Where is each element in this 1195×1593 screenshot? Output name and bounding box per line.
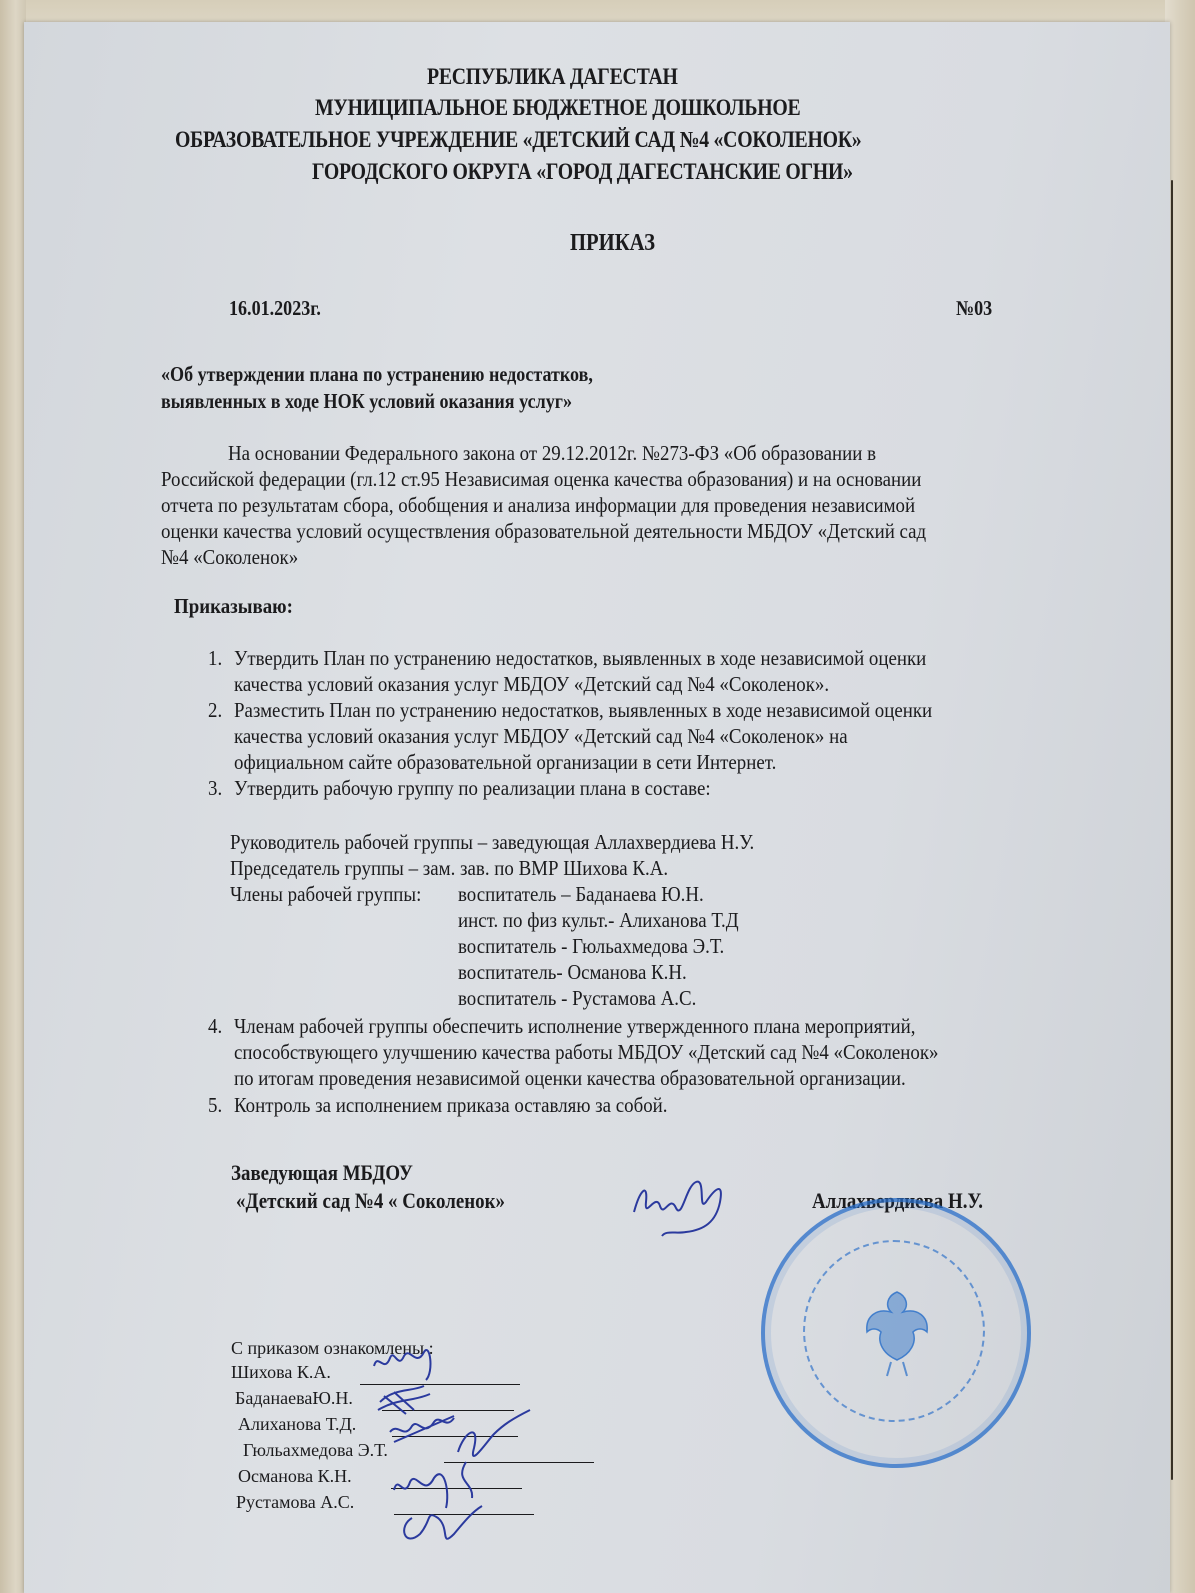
item-5-number: 5. — [208, 1093, 222, 1118]
wall-crack — [1171, 180, 1173, 1480]
director-signature-icon — [626, 1172, 736, 1242]
preamble-line-5: №4 «Соколенок» — [161, 545, 298, 570]
working-group-member-1: воспитатель – Баданаева Ю.Н. — [458, 882, 704, 907]
preamble-line-2: Российской федерации (гл.12 ст.95 Незави… — [161, 467, 921, 492]
item-2-line-1: Разместить План по устранению недостатко… — [234, 698, 932, 723]
stamp-inner-ring — [803, 1240, 985, 1422]
header-line-1: РЕСПУБЛИКА ДАГЕСТАН — [427, 64, 678, 90]
item-4-line-3: по итогам проведения независимой оценки … — [234, 1066, 906, 1091]
preamble-line-4: оценки качества условий осуществления об… — [161, 519, 926, 544]
header-line-3: ОБРАЗОВАТЕЛЬНОЕ УЧРЕЖДЕНИЕ «ДЕТСКИЙ САД … — [175, 127, 861, 153]
order-subject-line-1: «Об утверждении плана по устранению недо… — [161, 362, 593, 387]
working-group-members-label: Члены рабочей группы: — [230, 882, 421, 907]
ack-name-2: БаданаеваЮ.Н. — [235, 1388, 353, 1409]
working-group-chair: Председатель группы – зам. зав. по ВМР Ш… — [230, 856, 668, 881]
item-5-line-1: Контроль за исполнением приказа оставляю… — [234, 1093, 667, 1118]
item-3-number: 3. — [208, 776, 222, 801]
item-4-number: 4. — [208, 1014, 222, 1039]
item-2-number: 2. — [208, 698, 222, 723]
header-line-4: ГОРОДСКОГО ОКРУГА «ГОРОД ДАГЕСТАНСКИЕ ОГ… — [312, 159, 853, 185]
official-stamp — [761, 1198, 1031, 1468]
item-1-line-1: Утвердить План по устранению недостатков… — [234, 646, 926, 671]
ack-name-1: Шихова К.А. — [231, 1362, 331, 1383]
working-group-member-4: воспитатель- Османова К.Н. — [458, 960, 687, 985]
item-2-line-3: официальном сайте образовательной органи… — [234, 750, 776, 775]
preamble-line-1: На основании Федерального закона от 29.1… — [228, 441, 876, 466]
ack-name-5: Османова К.Н. — [238, 1466, 352, 1487]
working-group-head: Руководитель рабочей группы – заведующая… — [230, 830, 754, 855]
order-number: №03 — [956, 296, 992, 321]
working-group-member-5: воспитатель - Рустамова А.С. — [458, 986, 696, 1011]
signature-position-line-2: «Детский сад №4 « Соколенок» — [236, 1188, 505, 1214]
order-title: ПРИКАЗ — [570, 230, 655, 257]
ack-name-3: Алиханова Т.Д. — [238, 1414, 356, 1435]
ack-name-6: Рустамова А.С. — [236, 1492, 354, 1513]
signature-position-line-1: Заведующая МБДОУ — [231, 1160, 413, 1186]
wall-background-left — [0, 0, 26, 1593]
order-subject-line-2: выявленных в ходе НОК условий оказания у… — [161, 389, 572, 414]
document-page: РЕСПУБЛИКА ДАГЕСТАН МУНИЦИПАЛЬНОЕ БЮДЖЕТ… — [24, 22, 1170, 1593]
item-1-number: 1. — [208, 646, 222, 671]
item-4-line-2: способствующего улучшению качества работ… — [234, 1040, 938, 1065]
coat-of-arms-icon — [857, 1282, 937, 1382]
header-line-2: МУНИЦИПАЛЬНОЕ БЮДЖЕТНОЕ ДОШКОЛЬНОЕ — [315, 95, 800, 121]
preamble-line-3: отчета по результатам сбора, обобщения и… — [161, 493, 915, 518]
order-date: 16.01.2023г. — [229, 296, 321, 321]
item-2-line-2: качества условий оказания услуг МБДОУ «Д… — [234, 724, 848, 749]
item-4-line-1: Членам рабочей группы обеспечить исполне… — [234, 1014, 915, 1039]
item-3-line-1: Утвердить рабочую группу по реализации п… — [234, 776, 711, 801]
item-1-line-2: качества условий оказания услуг МБДОУ «Д… — [234, 672, 829, 697]
working-group-member-3: воспитатель - Гюльахмедова Э.Т. — [458, 934, 724, 959]
working-group-member-2: инст. по физ культ.- Алиханова Т.Д — [458, 908, 739, 933]
acknowledgement-signatures-icon — [354, 1322, 554, 1552]
directive-label: Приказываю: — [174, 594, 293, 619]
